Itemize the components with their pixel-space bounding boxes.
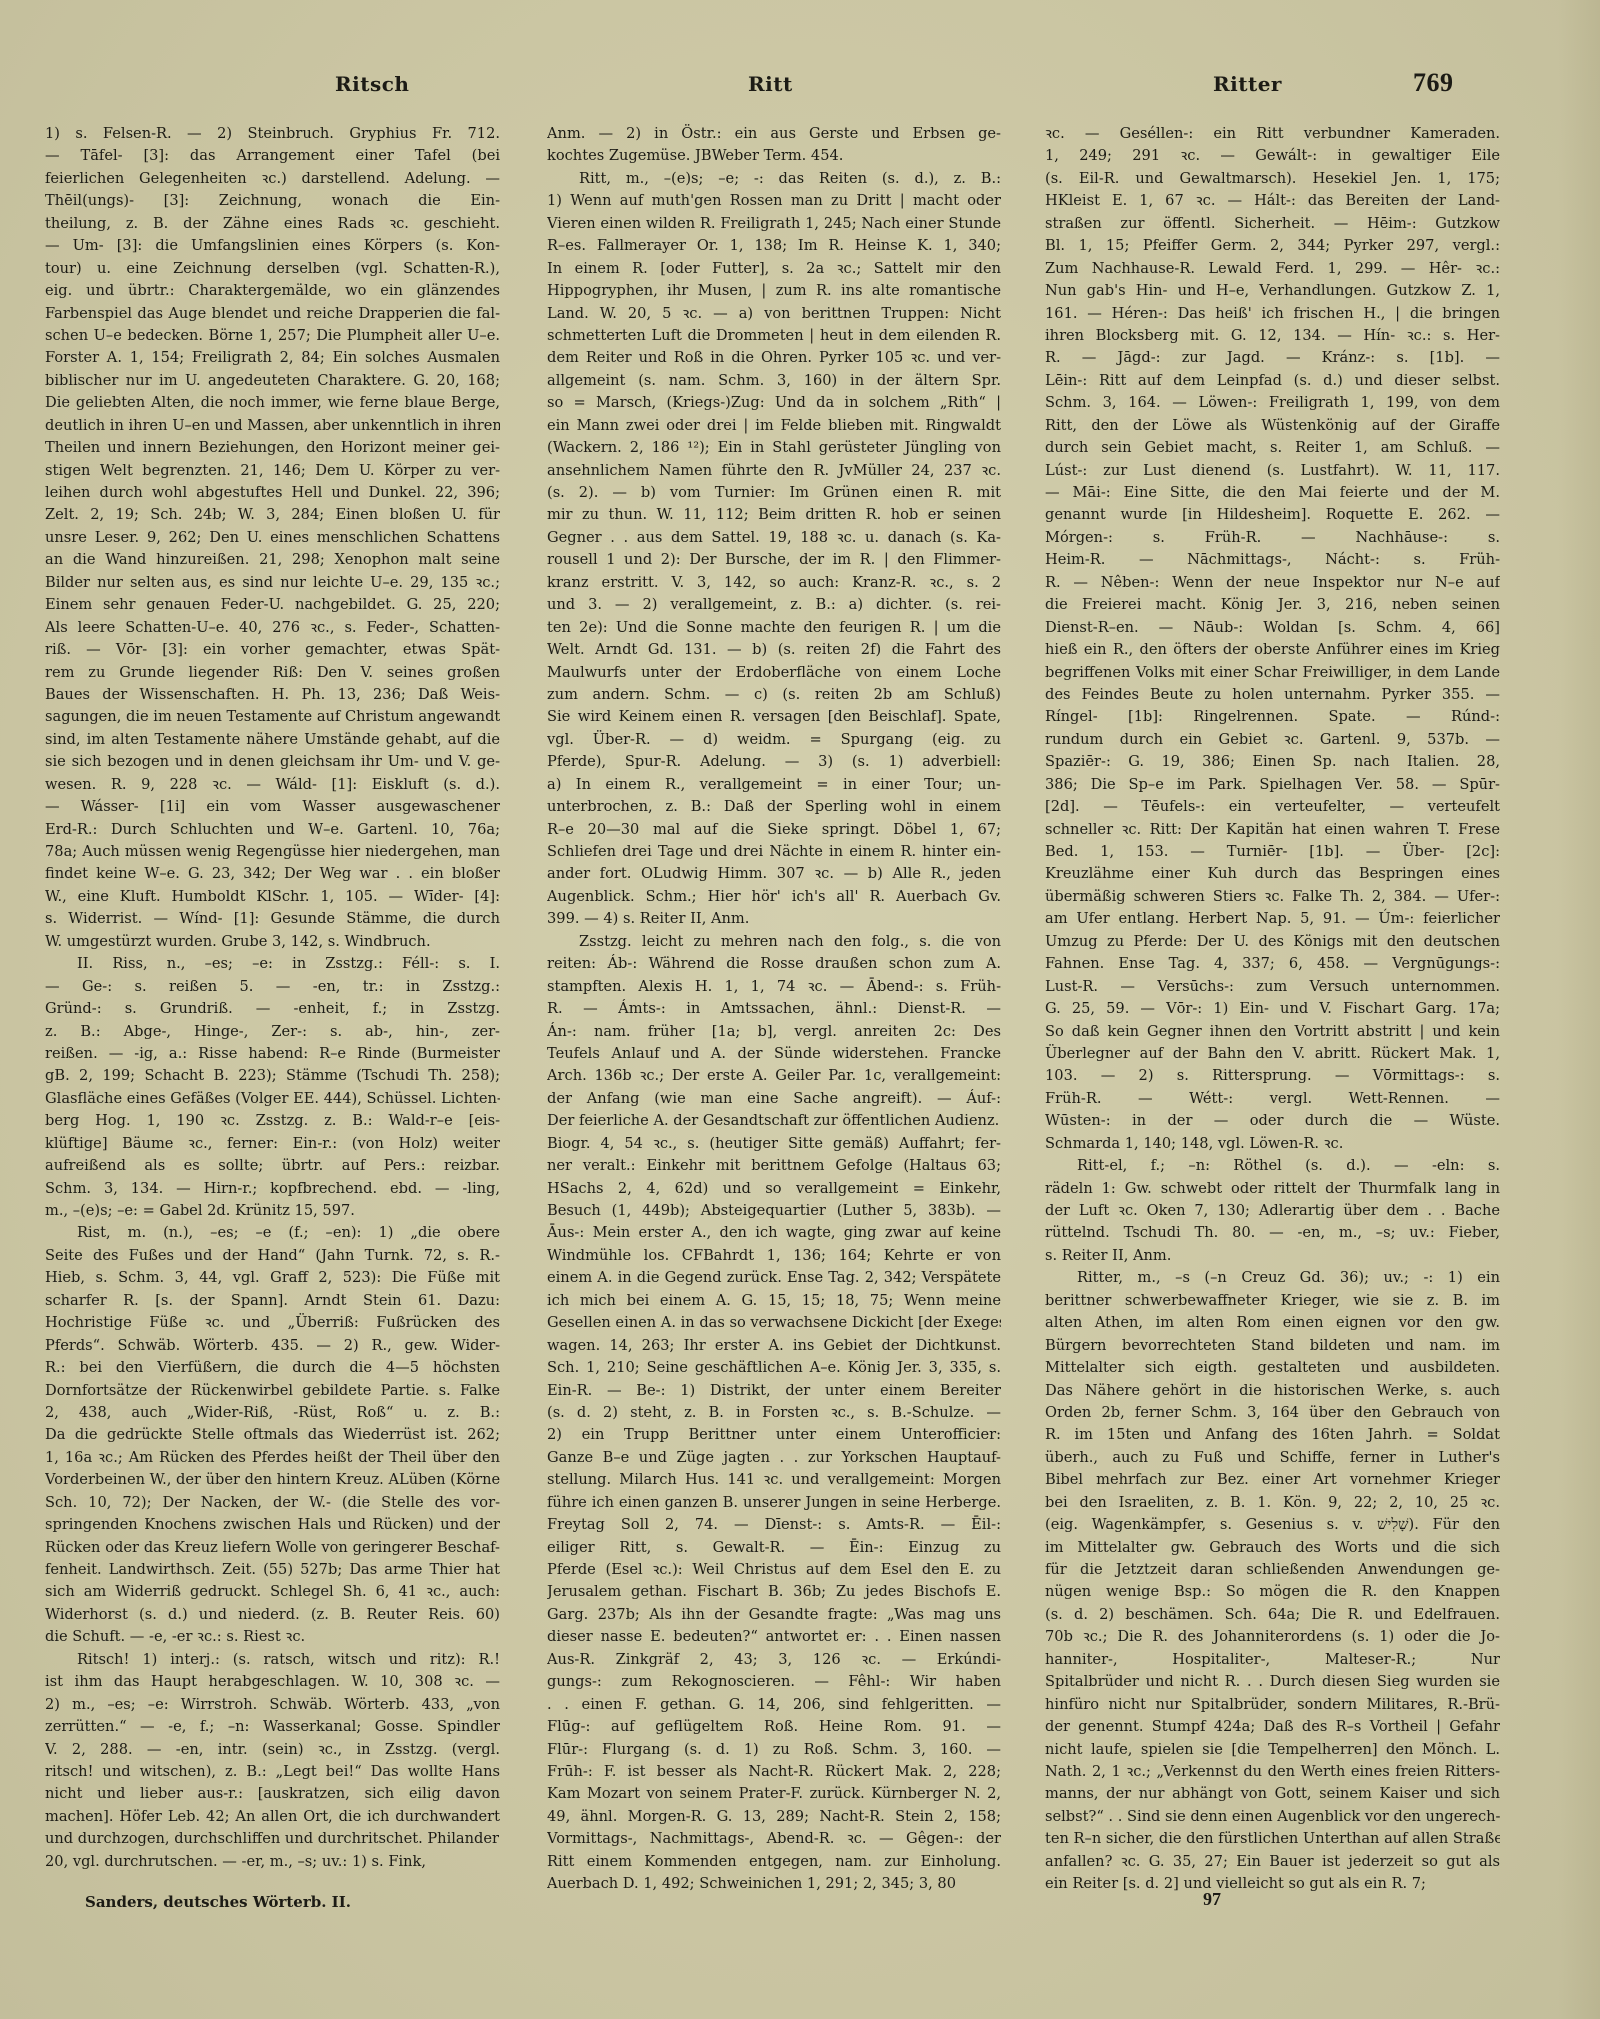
text-line: stigen Welt begrenzten. 21, 146; Dem U. …: [45, 460, 500, 482]
text-line: Theilen und innern Beziehungen, den Hori…: [45, 437, 500, 459]
text-line: gungs-: zum Rekognoscieren. — Fêhl-: Wir…: [547, 1671, 1001, 1693]
text-line: Lúst-: zur Lust dienend (s. Lustfahrt). …: [1045, 460, 1500, 482]
text-line: kochtes Zugemüse. JBWeber Term. 454.: [547, 145, 1001, 167]
text-line: hieß ein R., den öfters der oberste Anfü…: [1045, 639, 1500, 661]
text-line: feierlichen Gelegenheiten ꝛc.) darstelle…: [45, 168, 500, 190]
text-line: Pferde (Esel ꝛc.): Weil Christus auf dem…: [547, 1559, 1001, 1581]
text-line: rädeln 1: Gw. schwebt oder rittelt der T…: [1045, 1178, 1500, 1200]
text-line: R. — Jāgd-: zur Jagd. — Kránz-: s. [1b].…: [1045, 347, 1500, 369]
text-line: reiten: Áb-: Während die Rosse draußen s…: [547, 953, 1001, 975]
text-line: die Freierei macht. König Jer. 3, 216, n…: [1045, 594, 1500, 616]
text-line: schmetterten Luft die Drommeten | heut i…: [547, 325, 1001, 347]
text-line: — Māi-: Eine Sitte, die den Mai feierte …: [1045, 482, 1500, 504]
text-line: Überlegner auf der Bahn den V. abritt. R…: [1045, 1043, 1500, 1065]
text-line: Früh-R. — Wétt-: vergl. Wett-Rennen. —: [1045, 1088, 1500, 1110]
text-line: Biogr. 4, 54 ꝛc., s. (heutiger Sitte gem…: [547, 1133, 1001, 1155]
text-line: Als leere Schatten-U–e. 40, 276 ꝛc., s. …: [45, 617, 500, 639]
text-line: Ganze B–e und Züge jagten . . zur Yorksc…: [547, 1447, 1001, 1469]
text-line: ein Reiter [s. d. 2] und vielleicht so g…: [1045, 1873, 1500, 1895]
text-line: ihren Blocksberg mit. G. 12, 134. — Hín-…: [1045, 325, 1500, 347]
text-line: wesen. R. 9, 228 ꝛc. — Wáld- [1]: Eisklu…: [45, 774, 500, 796]
text-line: . . einen F. gethan. G. 14, 206, sind fe…: [547, 1694, 1001, 1716]
text-line: Ritt, den der Löwe als Wüstenkönig auf d…: [1045, 415, 1500, 437]
text-line: Bl. 1, 15; Pfeiffer Germ. 2, 344; Pyrker…: [1045, 235, 1500, 257]
text-line: nügen wenige Bsp.: So mögen die R. den K…: [1045, 1581, 1500, 1603]
text-line: des Feindes Beute zu holen unternahm. Py…: [1045, 684, 1500, 706]
text-line: deutlich in ihren U–en und Massen, aber …: [45, 415, 500, 437]
text-line: 103. — 2) s. Rittersprung. — Vōrmittags-…: [1045, 1065, 1500, 1087]
text-line: Wūsten-: in der — oder durch die — Wüste…: [1045, 1110, 1500, 1132]
text-line: 1, 16a ꝛc.; Am Rücken des Pferdes heißt …: [45, 1447, 500, 1469]
text-line: Hippogryphen, ihr Musen, | zum R. ins al…: [547, 280, 1001, 302]
text-line: (Wackern. 2, 186 ¹²); Ein in Stahl gerüs…: [547, 437, 1001, 459]
text-line: Anm. — 2) in Östr.: ein aus Gerste und E…: [547, 123, 1001, 145]
text-line: manns, der nur abhängt von Gott, seinem …: [1045, 1783, 1500, 1805]
text-line: HSachs 2, 4, 62d) und so verallgemeint =…: [547, 1178, 1001, 1200]
text-line: fenheit. Landwirthsch. Zeit. (55) 527b; …: [45, 1559, 500, 1581]
column-right: ꝛc. — Geséllen-: ein Ritt verbundner Kam…: [1045, 123, 1500, 1896]
text-line: und 3. — 2) verallgemeint, z. B.: a) dic…: [547, 594, 1001, 616]
text-line: unsre Leser. 9, 262; Den U. eines mensch…: [45, 527, 500, 549]
column-middle: Anm. — 2) in Östr.: ein aus Gerste und E…: [547, 123, 1001, 1896]
text-line: genannt wurde [in Hildesheim]. Roquette …: [1045, 504, 1500, 526]
text-line: — Tāfel- [3]: das Arrangement einer Tafe…: [45, 145, 500, 167]
text-line: W., eine Kluft. Humboldt KlSchr. 1, 105.…: [45, 886, 500, 908]
text-line: zum andern. Schm. — c) (s. reiten 2b am …: [547, 684, 1001, 706]
text-line: Schm. 3, 134. — Hirn-r.; kopfbrechend. e…: [45, 1178, 500, 1200]
text-line: — Wásser- [1i] ein vom Wasser ausgewasch…: [45, 796, 500, 818]
text-line: biblischer nur im U. angedeuteten Charak…: [45, 370, 500, 392]
text-line: Gründ-: s. Grundriß. — -enheit, f.; in Z…: [45, 998, 500, 1020]
text-line: m., –(e)s; –e: = Gabel 2d. Krünitz 15, 5…: [45, 1200, 500, 1222]
text-line: gB. 2, 199; Schacht B. 223); Stämme (Tsc…: [45, 1065, 500, 1087]
text-line: berittner schwerbewaffneter Krieger, wie…: [1045, 1290, 1500, 1312]
text-line: So daß kein Gegner ihnen den Vortritt ab…: [1045, 1021, 1500, 1043]
text-line: sich am Widerriß gedruckt. Schlegel Sh. …: [45, 1581, 500, 1603]
text-line: Vormittags-, Nachmittags-, Abend-R. ꝛc. …: [547, 1828, 1001, 1850]
text-line: Glasfläche eines Gefäßes (Volger EE. 444…: [45, 1088, 500, 1110]
text-line: Gesellen einen A. in das so verwachsene …: [547, 1312, 1001, 1334]
text-line: stellung. Milarch Hus. 141 ꝛc. und veral…: [547, 1469, 1001, 1491]
text-line: Schm. 3, 164. — Löwen-: Freiligrath 1, 1…: [1045, 392, 1500, 414]
text-line: sagungen, die im neuen Testamente auf Ch…: [45, 706, 500, 728]
text-line: Frūh-: F. ist besser als Nacht-R. Rücker…: [547, 1761, 1001, 1783]
text-line: ich mich bei einem A. G. 15, 15; 18, 75;…: [547, 1290, 1001, 1312]
text-line: 20, vgl. durchrutschen. — -er, m., –s; u…: [45, 1851, 500, 1873]
text-line: Hieb, s. Schm. 3, 44, vgl. Graff 2, 523)…: [45, 1267, 500, 1289]
text-line: 1, 249; 291 ꝛc. — Gewált-: in gewaltiger…: [1045, 145, 1500, 167]
text-line: R. im 15ten und Anfang des 16ten Jahrh. …: [1045, 1424, 1500, 1446]
text-line: Umzug zu Pferde: Der U. des Königs mit d…: [1045, 931, 1500, 953]
text-line: ner veralt.: Einkehr mit berittnem Gefol…: [547, 1155, 1001, 1177]
text-line: 78a; Auch müssen wenig Regengüsse hier n…: [45, 841, 500, 863]
text-line: ist ihm das Haupt herabgeschlagen. W. 10…: [45, 1671, 500, 1693]
text-line: Spitalbrüder und nicht R. . . Durch dies…: [1045, 1671, 1500, 1693]
text-line: Aus-R. Zinkgräf 2, 43; 3, 126 ꝛc. — Erkú…: [547, 1649, 1001, 1671]
text-line: Besuch (1, 449b); Absteigequartier (Luth…: [547, 1200, 1001, 1222]
text-line: Spaziēr-: G. 19, 386; Einen Sp. nach Ita…: [1045, 751, 1500, 773]
entry-headword-line: Rist, m. (n.), –es; –e (f.; –en): 1) „di…: [45, 1222, 500, 1244]
text-line: Das Nähere gehört in die historischen We…: [1045, 1380, 1500, 1402]
text-line: machen]. Höfer Leb. 42; An allen Ort, di…: [45, 1806, 500, 1828]
text-line: Gegner . . aus dem Sattel. 19, 188 ꝛc. u…: [547, 527, 1001, 549]
text-line: Lust-R. — Versūchs-: zum Versuch unterno…: [1045, 976, 1500, 998]
text-line: ansehnlichem Namen führte den R. JvMülle…: [547, 460, 1001, 482]
text-line: Teufels Anlauf und A. der Sünde widerste…: [547, 1043, 1001, 1065]
text-line: überh., auch zu Fuß und Schiffe, ferner …: [1045, 1447, 1500, 1469]
text-line: Dornfortsätze der Rückenwirbel gebildete…: [45, 1380, 500, 1402]
text-line: Flūg-: auf geflügeltem Roß. Heine Rom. 9…: [547, 1716, 1001, 1738]
header-middle-entry: Ritt: [748, 72, 793, 96]
text-line: Auerbach D. 1, 492; Schweinichen 1, 291;…: [547, 1873, 1001, 1895]
text-line: rundum durch ein Gebiet ꝛc. Gartenl. 9, …: [1045, 729, 1500, 751]
text-line: sind, im alten Testamente nähere Umständ…: [45, 729, 500, 751]
text-line: Thēil(ungs)- [3]: Zeichnung, wonach die …: [45, 190, 500, 212]
text-line: Sch. 1, 210; Seine geschäftlichen A–e. K…: [547, 1357, 1001, 1379]
text-line: Lēin-: Ritt auf dem Leinpfad (s. d.) und…: [1045, 370, 1500, 392]
text-line: Da die gedrückte Stelle oftmals das Wied…: [45, 1424, 500, 1446]
text-line: s. Reiter II, Anm.: [1045, 1245, 1500, 1267]
text-line: Zum Nachhause-R. Lewald Ferd. 1, 299. — …: [1045, 258, 1500, 280]
text-line: G. 25, 59. — Vōr-: 1) Ein- und V. Fischa…: [1045, 998, 1500, 1020]
text-line: scharfer R. [s. der Spann]. Arndt Stein …: [45, 1290, 500, 1312]
text-line: der Anfang (wie man eine Sache angreift)…: [547, 1088, 1001, 1110]
text-line: eig. und übrtr.: Charaktergemälde, wo ei…: [45, 280, 500, 302]
text-line: eiliger Ritt, s. Gewalt-R. — Ēin-: Einzu…: [547, 1537, 1001, 1559]
text-line: dieser nasse E. bedeuten?“ antwortet er:…: [547, 1626, 1001, 1648]
text-line: (s. d. 2) beschämen. Sch. 64a; Die R. un…: [1045, 1604, 1500, 1626]
text-line: Heim-R. — Nāchmittags-, Nácht-: s. Früh-: [1045, 549, 1500, 571]
text-line: vgl. Über-R. — d) weidm. = Spurgang (eig…: [547, 729, 1001, 751]
text-line: z. B.: Abge-, Hinge-, Zer-: s. ab-, hin-…: [45, 1021, 500, 1043]
text-line: dem Reiter und Roß in die Ohren. Pyrker …: [547, 347, 1001, 369]
text-line: [2d]. — Tēufels-: ein verteufelter, — ve…: [1045, 796, 1500, 818]
text-line: Arch. 136b ꝛc.; Der erste A. Geiler Par.…: [547, 1065, 1001, 1087]
text-line: (s. 2). — b) vom Turnier: Im Grünen eine…: [547, 482, 1001, 504]
column-left: 1) s. Felsen-R. — 2) Steinbruch. Gryphiu…: [45, 123, 500, 1873]
text-line: Āus-: Mein erster A., den ich wagte, gin…: [547, 1222, 1001, 1244]
text-line: die Schuft. — -e, -er ꝛc.: s. Riest ꝛc.: [45, 1626, 500, 1648]
text-line: Schmarda 1, 140; 148, vgl. Löwen-R. ꝛc.: [1045, 1133, 1500, 1155]
text-line: 399. — 4) s. Reiter II, Anm.: [547, 908, 1001, 930]
text-line: der genennt. Stumpf 424a; Daß des R–s Vo…: [1045, 1716, 1500, 1738]
text-line: — Ge-: s. reißen 5. — -en, tr.: in Zsstz…: [45, 976, 500, 998]
text-line: wagen. 14, 263; Ihr erster A. ins Gebiet…: [547, 1335, 1001, 1357]
text-line: rousell 1 und 2): Der Bursche, der im R.…: [547, 549, 1001, 571]
text-line: rüttelnd. Tschudi Th. 80. — -en, m., –s;…: [1045, 1222, 1500, 1244]
text-line: 1) Wenn auf muth'gen Rossen man zu Dritt…: [547, 190, 1001, 212]
text-line: 161. — Héren-: Das heiß' ich frischen H.…: [1045, 303, 1500, 325]
entry-headword-line: Ritter, m., –s (–n Creuz Gd. 36); uv.; -…: [1045, 1267, 1500, 1289]
text-line: ander fort. OLudwig Himm. 307 ꝛc. — b) A…: [547, 863, 1001, 885]
text-line: s. Widerrist. — Wínd- [1]: Gesunde Stämm…: [45, 908, 500, 930]
footer-book-title: Sanders, deutsches Wörterb. II.: [85, 1893, 351, 1911]
text-line: am Ufer entlang. Herbert Nap. 5, 91. — Ú…: [1045, 908, 1500, 930]
text-line: Garg. 237b; Als ihn der Gesandte fragte:…: [547, 1604, 1001, 1626]
text-line: Sch. 10, 72); Der Nacken, der W.- (die S…: [45, 1492, 500, 1514]
text-line: riß. — Vōr- [3]: ein vorher gemachter, e…: [45, 639, 500, 661]
text-line: anfallen? ꝛc. G. 35, 27; Ein Bauer ist j…: [1045, 1851, 1500, 1873]
text-line: mir zu thun. W. 11, 112; Beim dritten R.…: [547, 504, 1001, 526]
entry-headword-line: Zsstzg. leicht zu mehren nach den folg.,…: [547, 931, 1001, 953]
text-line: kranz erstritt. V. 3, 142, so auch: Kran…: [547, 572, 1001, 594]
entry-headword-line: Ritt-el, f.; –n: Röthel (s. d.). — -eln:…: [1045, 1155, 1500, 1177]
text-line: für die Jetztzeit daran schließenden Anw…: [1045, 1559, 1500, 1581]
text-line: Bilder nur selten aus, es sind nur leich…: [45, 572, 500, 594]
entry-headword-line: Ritt, m., –(e)s; –e; -: das Reiten (s. d…: [547, 168, 1001, 190]
signature-mark: 97: [1203, 1889, 1221, 1910]
text-line: 2) m., –es; –e: Wirrstroh. Schwäb. Wörte…: [45, 1694, 500, 1716]
text-line: an die Wand hinzureißen. 21, 298; Xenoph…: [45, 549, 500, 571]
text-line: im Mittelalter gw. Gebrauch des Worts un…: [1045, 1537, 1500, 1559]
text-line: der Luft ꝛc. Oken 7, 130; Adlerartig übe…: [1045, 1200, 1500, 1222]
text-line: berg Hog. 1, 190 ꝛc. Zsstzg. z. B.: Wald…: [45, 1110, 500, 1132]
text-line: — Um- [3]: die Umfangslinien eines Körpe…: [45, 235, 500, 257]
text-line: Augenblick. Schm.; Hier hör' ich's all' …: [547, 886, 1001, 908]
text-line: Ríngel- [1b]: Ringelrennen. Spate. — Rún…: [1045, 706, 1500, 728]
text-line: Bed. 1, 153. — Turniēr- [1b]. — Über- [2…: [1045, 841, 1500, 863]
text-line: übermäßig schweren Stiers ꝛc. Falke Th. …: [1045, 886, 1500, 908]
text-line: stampften. Alexis H. 1, 1, 74 ꝛc. — Āben…: [547, 976, 1001, 998]
text-line: aufreißend als es sollte; übrtr. auf Per…: [45, 1155, 500, 1177]
text-line: bei den Israeliten, z. B. 1. Kön. 9, 22;…: [1045, 1492, 1500, 1514]
page-edge-shadow: [1558, 0, 1600, 2019]
text-line: Maulwurfs unter der Erdoberfläche von ei…: [547, 662, 1001, 684]
text-line: unterbrochen, z. B.: Daß der Sperling wo…: [547, 796, 1001, 818]
text-line: zerrütten.“ — -e, f.; –n: Wasserkanal; G…: [45, 1716, 500, 1738]
text-line: Farbenspiel das Auge blendet und reiche …: [45, 303, 500, 325]
text-line: R–es. Fallmerayer Or. 1, 138; Im R. Hein…: [547, 235, 1001, 257]
text-line: R–e 20—30 mal auf die Sieke springt. Döb…: [547, 819, 1001, 841]
text-line: Kam Mozart von seinem Prater-F. zurück. …: [547, 1783, 1001, 1805]
text-line: 1) s. Felsen-R. — 2) Steinbruch. Gryphiu…: [45, 123, 500, 145]
text-line: 49, ähnl. Morgen-R. G. 13, 289; Nacht-R.…: [547, 1806, 1001, 1828]
text-line: V. 2, 288. — -en, intr. (sein) ꝛc., in Z…: [45, 1739, 500, 1761]
text-line: Hochristige Füße ꝛc. und „Überriß: Fußrü…: [45, 1312, 500, 1334]
text-line: Einem sehr genauen Feder-U. nachgebildet…: [45, 594, 500, 616]
text-line: Forster A. 1, 154; Freiligrath 2, 84; Ei…: [45, 347, 500, 369]
text-line: Windmühle los. CFBahrdt 1, 136; 164; Keh…: [547, 1245, 1001, 1267]
text-line: Erd-R.: Durch Schluchten und W–e. Garten…: [45, 819, 500, 841]
text-line: R. — Ámts-: in Amtssachen, ähnl.: Dienst…: [547, 998, 1001, 1020]
text-line: leihen durch wohl abgestuftes Hell und D…: [45, 482, 500, 504]
text-line: Zelt. 2, 19; Sch. 24b; W. 3, 284; Einen …: [45, 504, 500, 526]
text-line: HKleist E. 1, 67 ꝛc. — Hált-: das Bereit…: [1045, 190, 1500, 212]
text-line: ꝛc. — Geséllen-: ein Ritt verbundner Kam…: [1045, 123, 1500, 145]
text-line: Ein-R. — Be-: 1) Distrikt, der unter ein…: [547, 1380, 1001, 1402]
page-number: 769: [1413, 68, 1454, 98]
text-line: Die geliebten Alten, die noch immer, wie…: [45, 392, 500, 414]
text-line: ten 2e): Und die Sonne machte den feurig…: [547, 617, 1001, 639]
text-line: (eig. Wagenkämpfer, s. Gesenius s. v. שָ…: [1045, 1514, 1500, 1536]
text-line: (s. Eil-R. und Gewaltmarsch). Hesekiel J…: [1045, 168, 1500, 190]
text-line: Bürgern bevorrechteten Stand bildeten un…: [1045, 1335, 1500, 1357]
text-line: ten R–n sicher, die den fürstlichen Unte…: [1045, 1828, 1500, 1850]
text-line: Sie wird Keinem einen R. versagen [den B…: [547, 706, 1001, 728]
text-line: Freytag Soll 2, 74. — Dīenst-: s. Amts-R…: [547, 1514, 1001, 1536]
text-line: führe ich einen ganzen B. unserer Jungen…: [547, 1492, 1001, 1514]
text-line: straßen zur öffentl. Sicherheit. — Hēim-…: [1045, 213, 1500, 235]
text-line: Land. W. 20, 5 ꝛc. — a) von berittnen Tr…: [547, 303, 1001, 325]
text-line: sie sich bezogen und in denen gleichsam …: [45, 751, 500, 773]
text-line: W. umgestürzt wurden. Grube 3, 142, s. W…: [45, 931, 500, 953]
text-line: Án-: nam. früher [1a; b], vergl. anreite…: [547, 1021, 1001, 1043]
text-line: allgemeint (s. nam. Schm. 3, 160) in der…: [547, 370, 1001, 392]
text-line: Dienst-R–en. — Nāub-: Woldan [s. Schm. 4…: [1045, 617, 1500, 639]
text-line: R.: bei den Vierfüßern, die durch die 4—…: [45, 1357, 500, 1379]
entry-headword-line: II. Riss, n., –es; –e: in Zsstzg.: Féll-…: [45, 953, 500, 975]
text-line: Bibel mehrfach zur Bez. einer Art vorneh…: [1045, 1469, 1500, 1491]
text-line: nicht und lieber aus-r.: [auskratzen, si…: [45, 1783, 500, 1805]
text-line: Pferds“. Schwäb. Wörterb. 435. — 2) R., …: [45, 1335, 500, 1357]
text-line: Welt. Arndt Gd. 131. — b) (s. reiten 2f)…: [547, 639, 1001, 661]
text-line: und durchzogen, durchschliffen und durch…: [45, 1828, 500, 1850]
text-line: Nath. 2, 1 ꝛc.; „Verkennst du den Werth …: [1045, 1761, 1500, 1783]
text-line: ritsch! und witschen), z. B.: „Legt bei!…: [45, 1761, 500, 1783]
text-line: Ritt einem Kommenden entgegen, nam. zur …: [547, 1851, 1001, 1873]
header-first-entry: Ritsch: [335, 72, 409, 96]
text-line: Kreuzlähme einer Kuh durch das Bespringe…: [1045, 863, 1500, 885]
text-line: einem A. in die Gegend zurück. Ense Tag.…: [547, 1267, 1001, 1289]
text-line: Mittelalter sich eigth. gestalteten und …: [1045, 1357, 1500, 1379]
text-line: so = Marsch, (Kriegs-)Zug: Und da in sol…: [547, 392, 1001, 414]
dictionary-page: Ritsch Ritt Ritter 769 1) s. Felsen-R. —…: [0, 0, 1600, 2019]
text-line: Rücken oder das Kreuz liefern Wolle von …: [45, 1537, 500, 1559]
text-line: rem zu Grunde liegender Riß: Den V. sein…: [45, 662, 500, 684]
text-line: begriffenen Volks mit einer Schar Freiwi…: [1045, 662, 1500, 684]
text-line: Der feierliche A. der Gesandtschaft zur …: [547, 1110, 1001, 1132]
text-line: Jerusalem gethan. Fischart B. 36b; Zu je…: [547, 1581, 1001, 1603]
text-line: alten Athen, im alten Rom einen eignen v…: [1045, 1312, 1500, 1334]
text-line: schneller ꝛc. Ritt: Der Kapitän hat eine…: [1045, 819, 1500, 841]
text-line: Vorderbeinen W., der über den hintern Kr…: [45, 1469, 500, 1491]
text-line: ein Mann zwei oder drei | im Felde blieb…: [547, 415, 1001, 437]
text-line: Vieren einen wilden R. Freiligrath 1, 24…: [547, 213, 1001, 235]
text-line: springenden Knochens zwischen Hals und R…: [45, 1514, 500, 1536]
text-line: Fahnen. Ense Tag. 4, 337; 6, 458. — Verg…: [1045, 953, 1500, 975]
text-line: selbst?“ . . Sind sie denn einen Augenbl…: [1045, 1806, 1500, 1828]
text-line: klüftige] Bäume ꝛc., ferner: Ein-r.: (vo…: [45, 1133, 500, 1155]
text-line: Nun gab's Hin- und H–e, Verhandlungen. G…: [1045, 280, 1500, 302]
text-line: R. — Nêben-: Wenn der neue Inspektor nur…: [1045, 572, 1500, 594]
text-line: (s. d. 2) steht, z. B. in Forsten ꝛc., s…: [547, 1402, 1001, 1424]
header-last-entry: Ritter: [1213, 72, 1282, 96]
text-line: Orden 2b, ferner Schm. 3, 164 über den G…: [1045, 1402, 1500, 1424]
running-header: Ritsch Ritt Ritter 769: [0, 72, 1600, 112]
text-line: hinfüro nicht nur Spitalbrüder, sondern …: [1045, 1694, 1500, 1716]
text-line: tour) u. eine Zeichnung derselben (vgl. …: [45, 258, 500, 280]
text-line: findet keine W–e. G. 23, 342; Der Weg wa…: [45, 863, 500, 885]
text-line: Mórgen-: s. Früh-R. — Nachhāuse-: s.: [1045, 527, 1500, 549]
text-line: Schliefen drei Tage und drei Nächte in e…: [547, 841, 1001, 863]
text-line: Seite des Fußes und der Hand“ (Jahn Turn…: [45, 1245, 500, 1267]
text-line: theilung, z. B. der Zähne eines Rads ꝛc.…: [45, 213, 500, 235]
text-line: Pferde), Spur-R. Adelung. — 3) (s. 1) ad…: [547, 751, 1001, 773]
text-line: 2, 438, auch „Wider-Riß, -Rüst, Roß“ u. …: [45, 1402, 500, 1424]
text-line: Flūr-: Flurgang (s. d. 1) zu Roß. Schm. …: [547, 1739, 1001, 1761]
text-line: nicht laufe, spielen sie [die Tempelherr…: [1045, 1739, 1500, 1761]
text-line: 386; Die Sp–e im Park. Spielhagen Ver. 5…: [1045, 774, 1500, 796]
text-line: Baues der Wissenschaften. H. Ph. 13, 236…: [45, 684, 500, 706]
text-line: 70b ꝛc.; Die R. des Johanniterordens (s.…: [1045, 1626, 1500, 1648]
entry-headword-line: Ritsch! 1) interj.: (s. ratsch, witsch u…: [45, 1649, 500, 1671]
text-line: schen U–e bedecken. Börne 1, 257; Die Pl…: [45, 325, 500, 347]
text-line: durch sein Gebiet macht, s. Reiter 1, am…: [1045, 437, 1500, 459]
text-line: a) In einem R., verallgemeint = in einer…: [547, 774, 1001, 796]
text-line: 2) ein Trupp Berittner unter einem Unter…: [547, 1424, 1001, 1446]
text-line: Widerhorst (s. d.) und niederd. (z. B. R…: [45, 1604, 500, 1626]
text-line: hanniter-, Hospitaliter-, Malteser-R.; N…: [1045, 1649, 1500, 1671]
text-line: In einem R. [oder Futter], s. 2a ꝛc.; Sa…: [547, 258, 1001, 280]
text-line: reißen. — -ig, a.: Risse habend: R–e Rin…: [45, 1043, 500, 1065]
